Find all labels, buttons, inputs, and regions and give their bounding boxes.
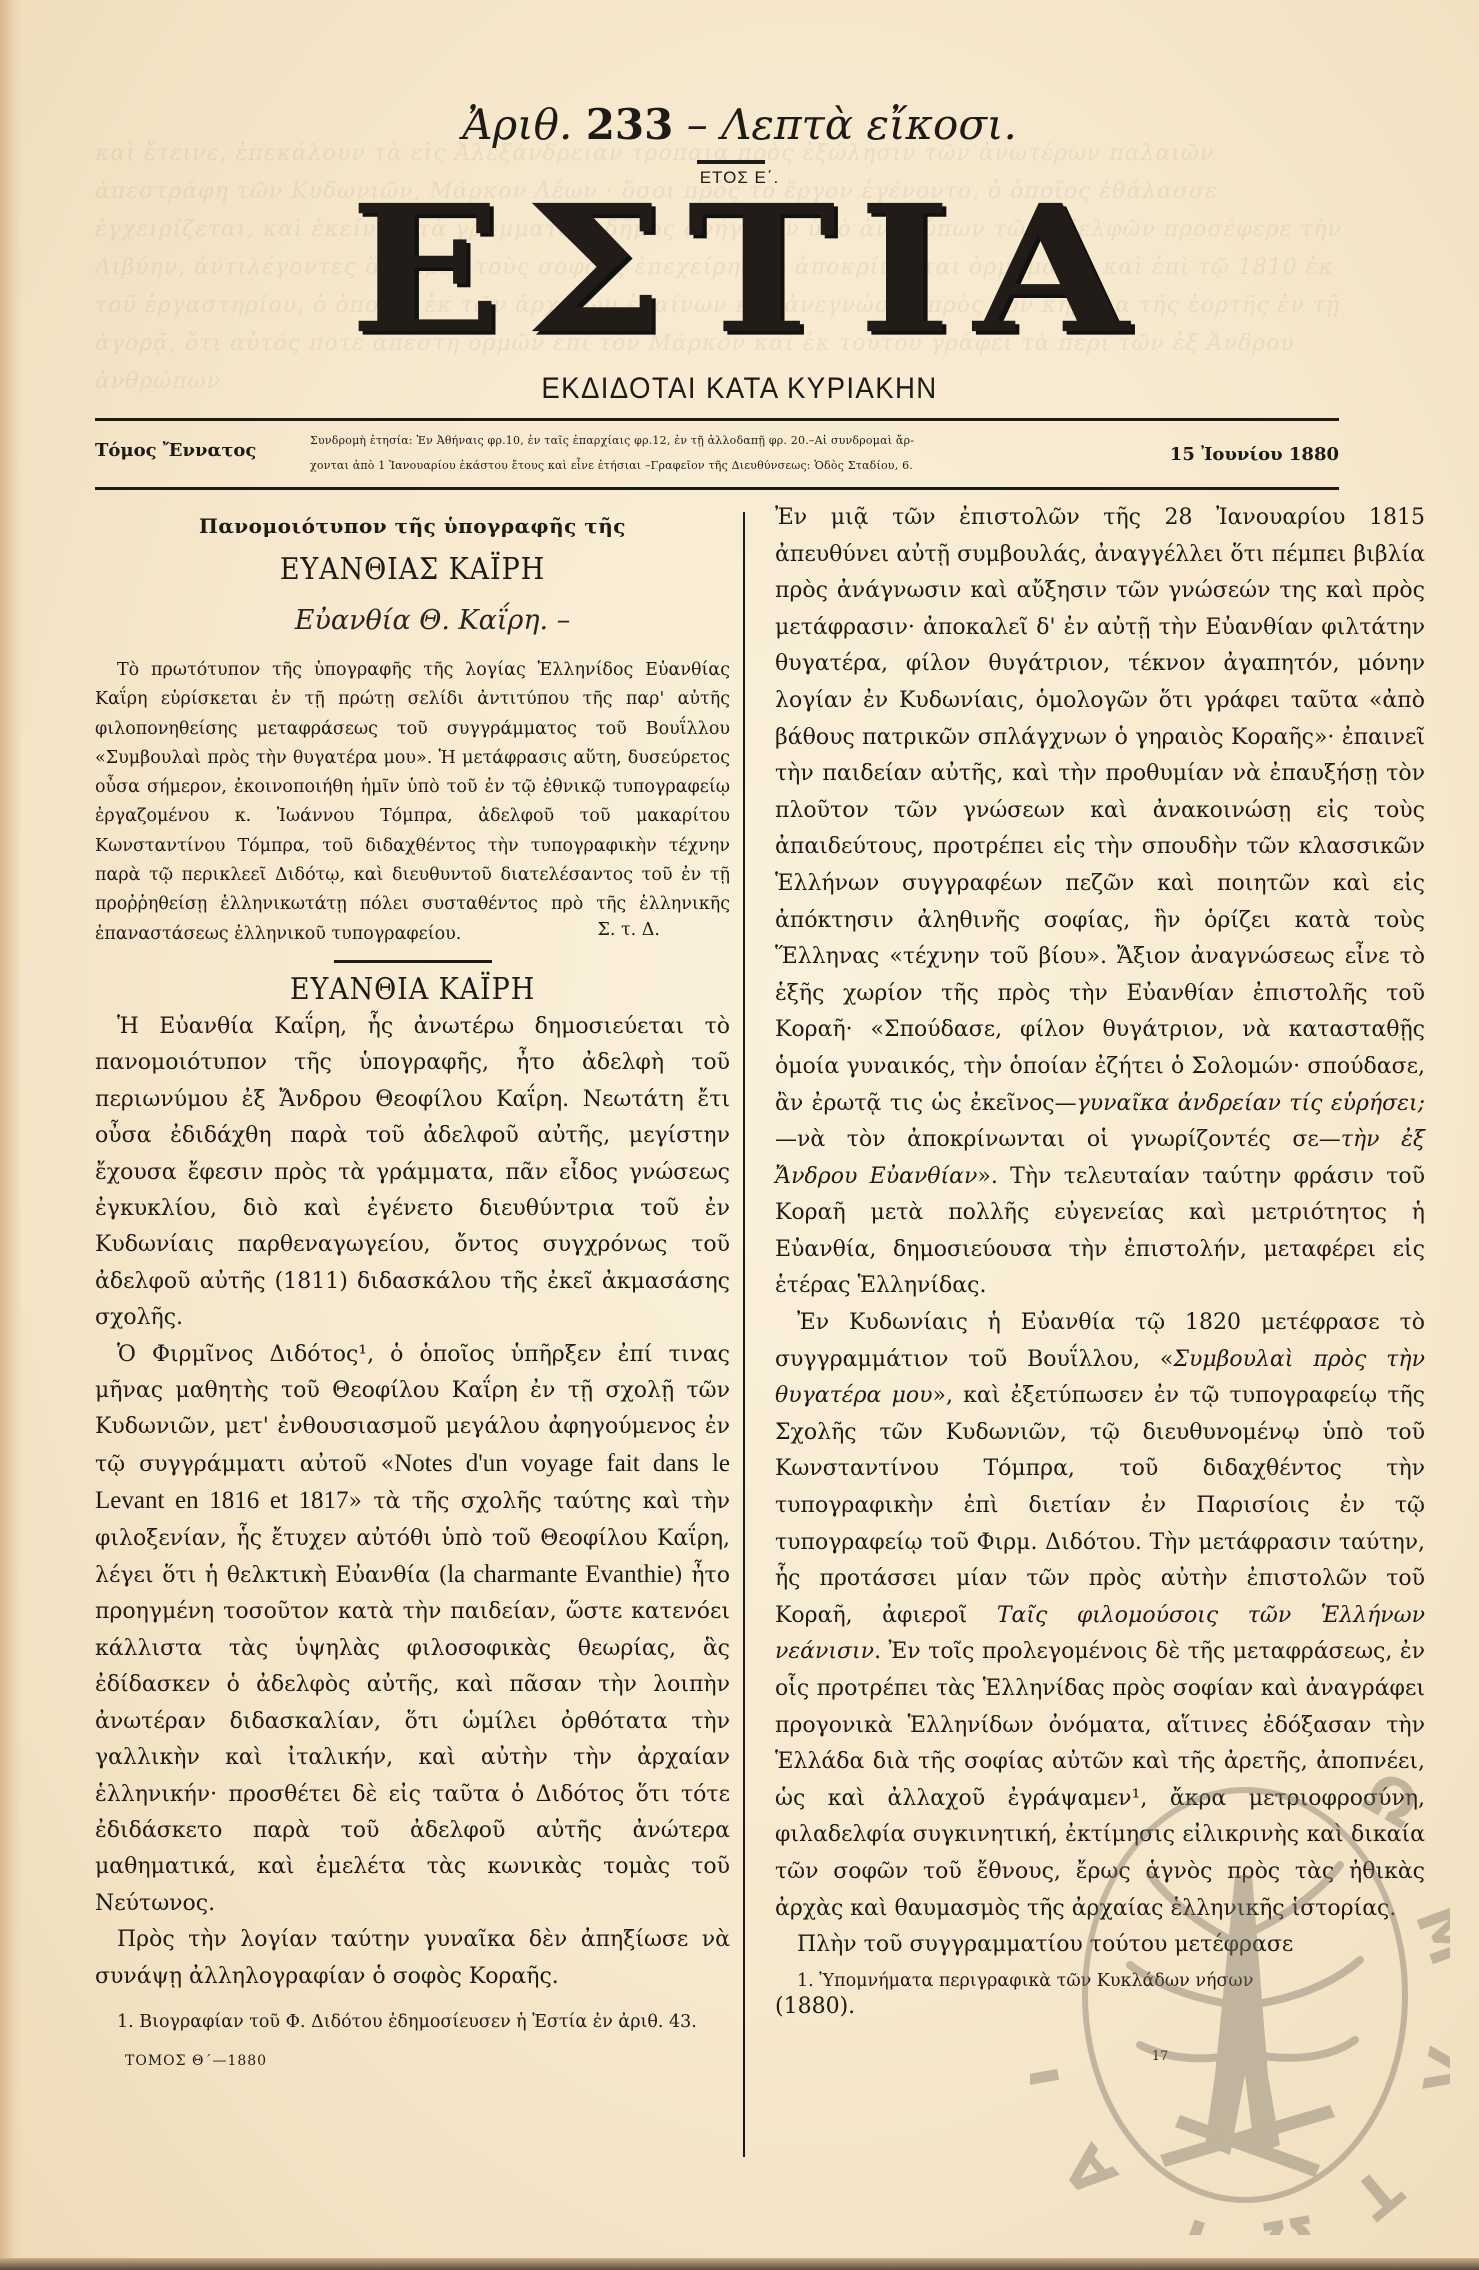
right-column: Ἐν μιᾷ τῶν ἐπιστολῶν τῆς 28 Ἰανουαρίου 1…: [775, 500, 1425, 2064]
paragraph: Πλὴν τοῦ συγγραμματίου τούτου μετέφρασε: [775, 1927, 1425, 1964]
footnote-year: (1880).: [775, 1994, 855, 2019]
text-run: ) ἦτο προηγμένη τοσοῦτον κατὰ τὴν παιδεί…: [95, 1563, 730, 1916]
article-body: Ἡ Εὐανθία Καΐρη, ἧς ἀνωτέρω δημοσιεύεται…: [95, 1009, 730, 1995]
page-bottom-edge: [0, 2258, 1479, 2270]
issue-number: 233: [586, 100, 674, 149]
paragraph: Ἐν μιᾷ τῶν ἐπιστολῶν τῆς 28 Ἰανουαρίου 1…: [775, 500, 1425, 1305]
article-body-continued: Ἐν μιᾷ τῶν ἐπιστολῶν τῆς 28 Ἰανουαρίου 1…: [775, 500, 1425, 1964]
french-quote: la charmante Evanthie: [447, 1561, 674, 1588]
issue-price: – Λεπτὰ εἴκοσι.: [687, 100, 1017, 149]
italic-quote: γυναῖκα ἀνδρείαν τίς εὑρήσει;: [1077, 1091, 1425, 1116]
article-title: ΕΥΑΝΘΙΑ ΚΑΪΡΗ: [127, 971, 699, 1009]
volume-footer: ΤΟΜΟΣ Θ΄—1880: [95, 2053, 730, 2069]
subscription-line-1: Συνδρομὴ ἐτησία: Ἐν Ἀθήναις φρ.10, ἐν τα…: [310, 428, 1140, 453]
header-rule-top: [95, 418, 1339, 421]
volume-label: Τόμος Ἔννατος: [95, 440, 256, 461]
paragraph: Ἐν Κυδωνίαις ἡ Εὐανθία τῷ 1820 μετέφρασε…: [775, 1305, 1425, 1927]
text-run: », καὶ ἐξετύπωσεν ἐν τῷ τυπογραφείῳ τῆς …: [775, 1383, 1425, 1628]
subscription-info: Συνδρομὴ ἐτησία: Ἐν Ἀθήναις φρ.10, ἐν τα…: [310, 428, 1140, 478]
facsimile-kicker: Πανομοιότυπον τῆς ὑπογραφῆς τῆς: [95, 514, 730, 538]
binding-shadow: [0, 0, 22, 2270]
page-number: 17: [775, 2049, 1425, 2064]
facsimile-note: Τὸ πρωτότυπον τῆς ὑπογραφῆς τῆς λογίας Ἑ…: [95, 656, 730, 949]
issue-line: Ἀριθ. 233 – Λεπτὰ εἴκοσι.: [0, 100, 1479, 149]
issue-prefix: Ἀριθ.: [462, 100, 572, 149]
column-divider: [743, 512, 745, 2157]
paragraph: Ἡ Εὐανθία Καΐρη, ἧς ἀνωτέρω δημοσιεύεται…: [95, 1009, 730, 1337]
issue-date: 15 Ἰουνίου 1880: [1170, 444, 1339, 465]
text-run: . Ἐν τοῖς προλεγομένοις δὲ τῆς μεταφράσε…: [775, 1639, 1425, 1920]
footnote: 1. Βιογραφίαν τοῦ Φ. Διδότου ἐδημοσίευσε…: [95, 2009, 730, 2035]
text-run: —νὰ τὸν ἀποκρίνωνται οἱ γνωρίζοντές σε—: [775, 1127, 1341, 1152]
masthead-subtitle: ΕΚΔΙΔΟΤΑΙ ΚΑΤΑ ΚΥΡΙΑΚΗΝ: [59, 372, 1420, 406]
paragraph: Πρὸς τὴν λογίαν ταύτην γυναῖκα δὲν ἀπηξί…: [95, 1922, 730, 1995]
header-rule-bottom: [95, 487, 1339, 490]
divider: [697, 160, 765, 164]
facsimile-title: ΕΥΑΝΘΙΑΣ ΚΑΪΡΗ: [127, 552, 699, 587]
section-divider: [334, 960, 492, 963]
subscription-line-2: χονται ἀπὸ 1 Ἰανουαρίου ἑκάστου ἔτους κα…: [310, 453, 1140, 478]
footnote: 1. Ὑπομνήματα περιγραφικὰ τῶν Κυκλάδων ν…: [775, 1968, 1425, 2021]
left-column: Πανομοιότυπον τῆς ὑπογραφῆς τῆς ΕΥΑΝΘΙΑΣ…: [95, 500, 730, 2069]
masthead-title: ΕΣΤΙΑ: [200, 200, 1300, 341]
handwritten-signature: Εὐανθία Θ. Καΐρη. –: [95, 605, 730, 636]
info-row: Τόμος Ἔννατος Συνδρομὴ ἐτησία: Ἐν Ἀθήναι…: [95, 428, 1339, 484]
text-run: Ἐν μιᾷ τῶν ἐπιστολῶν τῆς 28 Ἰανουαρίου 1…: [775, 505, 1425, 1116]
footnote-text: 1. Ὑπομνήματα περιγραφικὰ τῶν Κυκλάδων ν…: [797, 1971, 1253, 1991]
paragraph: Ὁ Φιρμῖνος Διδότος¹, ὁ ὁποῖος ὑπῆρξεν ἐπ…: [95, 1337, 730, 1923]
